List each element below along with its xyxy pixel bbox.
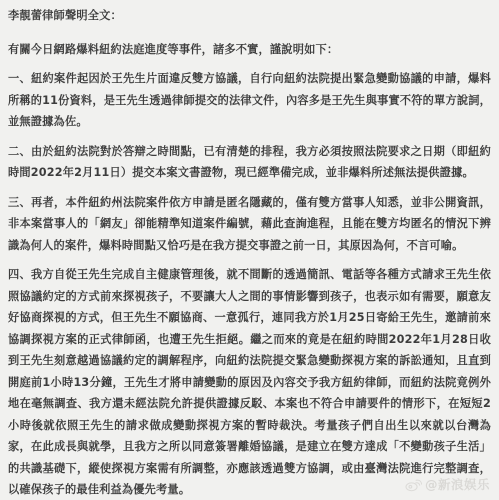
statement-document: 李靚蕾律師聲明全文： 有關今日網路爆料紐約法庭進度等事件，諸多不實，謹說明如下：…	[0, 0, 499, 500]
statement-point-2: 二、由於紐約法院對於答辯之時間點，已有清楚的排程，我方必須按照法院要求之日期（即…	[8, 141, 491, 184]
weibo-logo-icon	[405, 477, 422, 492]
watermark-handle: @新浪娱乐	[425, 474, 490, 496]
statement-title: 李靚蕾律師聲明全文：	[8, 5, 491, 27]
statement-point-3: 三、再者，本件紐約州法院案件依方申請是匿名隱藏的，僅有雙方當事人知悉，並非公開資…	[8, 192, 491, 257]
watermark: @新浪娱乐	[405, 474, 490, 496]
statement-point-4: 四、我方自從王先生完成自主健康管理後，就不間斷的透過簡訊、電話等各種方式請求王先…	[8, 264, 491, 500]
statement-point-1: 一、紐約案件起因於王先生片面違反雙方協議，自行向紐約法院提出緊急變動協議的申請，…	[8, 68, 491, 133]
statement-intro: 有關今日網路爆料紐約法庭進度等事件，諸多不實，謹說明如下：	[8, 39, 491, 61]
